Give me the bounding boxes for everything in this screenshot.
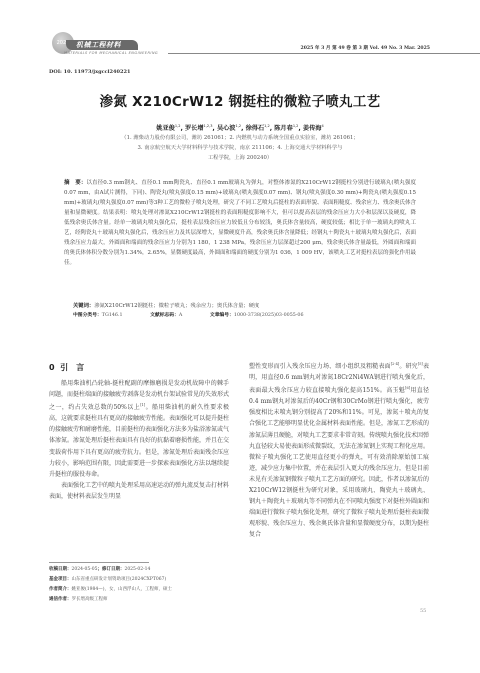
doc-code-value: A [179,313,182,318]
clc-label: 中图分类号： [73,313,102,318]
abstract-label: 摘 要： [64,180,86,186]
body-column-right: 塑性变形而引入残余压应力场、细小组织及粗糙表面[2-4]。研究[5]表明，用直径… [249,359,429,541]
author-affiliation: 1,2,3 [204,124,213,128]
section-number: 0 [49,363,55,372]
citation[interactable]: [2-4] [391,362,399,366]
author-name: 姜传海 [303,125,322,132]
corresponding-label: 通信作者： [49,597,72,602]
paragraph-text: 。研究 [399,363,418,370]
page-number: 55 [420,608,426,614]
author-bio: 姚亚俊(1984—)，女，山西浮山人，工程师，硕士 [72,587,172,592]
keywords-label: 关键词： [73,303,94,309]
affiliation-line: 3. 南京航空航天大学材料科学与技术学院，南京 211106；4. 上海交通大学… [0,143,480,153]
revised-date: 2025-02-14 [124,567,150,572]
author-name: 徐得石 [246,125,265,132]
section-heading: 0 引 言 [49,362,84,373]
author-list: 姚亚俊1,2, 罗长增1,2,3, 吴心波1,2, 徐得石1,2, 陈月春1,2… [0,123,480,132]
footnote-corresponding: 通信作者：罗长增高级工程师 [49,595,249,605]
keywords: 关键词：渗氮X210CrW12钢挺柱；微粒子喷丸；残余应力；奥氏体含量；硬度 [73,301,259,309]
author-name: 罗长增 [185,125,204,132]
author-affiliation: 1,2 [175,124,181,128]
affiliation-line: （1. 潍柴动力股份有限公司，潍坊 261061；2. 内燃机与动力系统全国重点… [0,133,480,143]
author-affiliation: 1,2 [293,124,299,128]
corresponding-author: 罗长增高级工程师 [72,597,108,602]
journal-header: 2025 机械工程材料 MATERIALS FOR MECHANICAL ENG… [50,30,430,58]
paragraph: 塑性变形而引入残余压应力场、细小组织及粗糙表面[2-4]。研究[5]表明，用直径… [249,359,429,541]
paragraph-text: 用直径0.4 mm钢丸对渗氮后的40Cr钢和30CrMo钢进行喷丸强化，疲劳强度… [249,387,429,538]
body-column-left: 船用柴油机凸轮轴-挺柱配副的摩擦磨损是发动机故障中的棘手问题，而挺柱端面的接触疲… [49,378,229,502]
header-divider [168,53,480,54]
affiliation-line: 工程学院，上海 200240） [0,153,480,163]
revised-label: ；修订日期： [97,567,124,572]
abstract: 摘 要：以直径0.3 mm钢丸、直径0.1 mm陶瓷丸、直径0.1 mm玻璃丸为… [64,179,416,269]
author-name: 吴心波 [217,125,236,132]
paragraph-text: 。船用柴油机的耐久性要求极高，这就要求挺柱具有更高的接触疲劳性能。表面强化可以提… [49,404,229,478]
abstract-text: 以直径0.3 mm钢丸、直径0.1 mm陶瓷丸、直径0.1 mm玻璃丸为弹丸，对… [64,180,416,266]
received-label: 收稿日期： [49,567,72,572]
paragraph: 表面强化工艺中的喷丸处理采用高速运动的弹丸流反复击打材料表面，使材料表层发生明显 [49,480,229,502]
fund-value: 山东省重点研发计划资助项目(2024CXPT067) [72,577,167,582]
doc-code-label: 文献标志码： [150,313,179,318]
footnote-fund: 基金项目：山东省重点研发计划资助项目(2024CXPT067) [49,575,249,585]
author-bio-label: 作者简介： [49,587,72,592]
article-no-value: 1000-3738(2025)03-0055-06 [234,313,304,318]
footnote-dates: 收稿日期：2024-05-05；修订日期：2025-02-14 [49,565,249,575]
author-affiliation: 1,2 [236,124,242,128]
paragraph-text: 塑性变形而引入残余压应力场、细小组织及粗糙表面 [249,363,391,370]
classification-info: 中图分类号：TG146.1 文献标志码：A 文章编号：1000-3738(202… [73,311,304,318]
author-name: 陈月春 [274,125,293,132]
section-title: 引 言 [60,363,84,372]
paper-title: 渗氮 X210CrW12 钢挺柱的微粒子喷丸工艺 [0,90,480,110]
doi[interactable]: DOI: 10. 11973/jxgccl240221 [49,69,130,75]
article-no-label: 文章编号： [210,313,234,318]
footnote-divider [49,562,149,563]
author-affiliation: 4 [321,124,323,128]
keywords-text: 渗氮X210CrW12钢挺柱；微粒子喷丸；残余应力；奥氏体含量；硬度 [94,303,259,309]
footnote-author: 作者简介：姚亚俊(1984—)，女，山西浮山人，工程师，硕士 [49,585,249,595]
journal-name-cn: 机械工程材料 [66,40,138,50]
clc-value: TG146.1 [102,313,123,318]
received-date: 2024-05-05 [72,567,98,572]
issue-info: 2025 年 3 月 第 49 卷 第 3 期 Vol. 49 No. 3 Ma… [301,45,431,51]
author-name: 姚亚俊 [156,125,175,132]
author-affiliation: 1,2 [264,124,270,128]
fund-label: 基金项目： [49,577,72,582]
journal-name-en: MATERIALS FOR MECHANICAL ENGINEERING [64,51,158,55]
paragraph: 船用柴油机凸轮轴-挺柱配副的摩擦磨损是发动机故障中的棘手问题，而挺柱端面的接触疲… [49,378,229,480]
